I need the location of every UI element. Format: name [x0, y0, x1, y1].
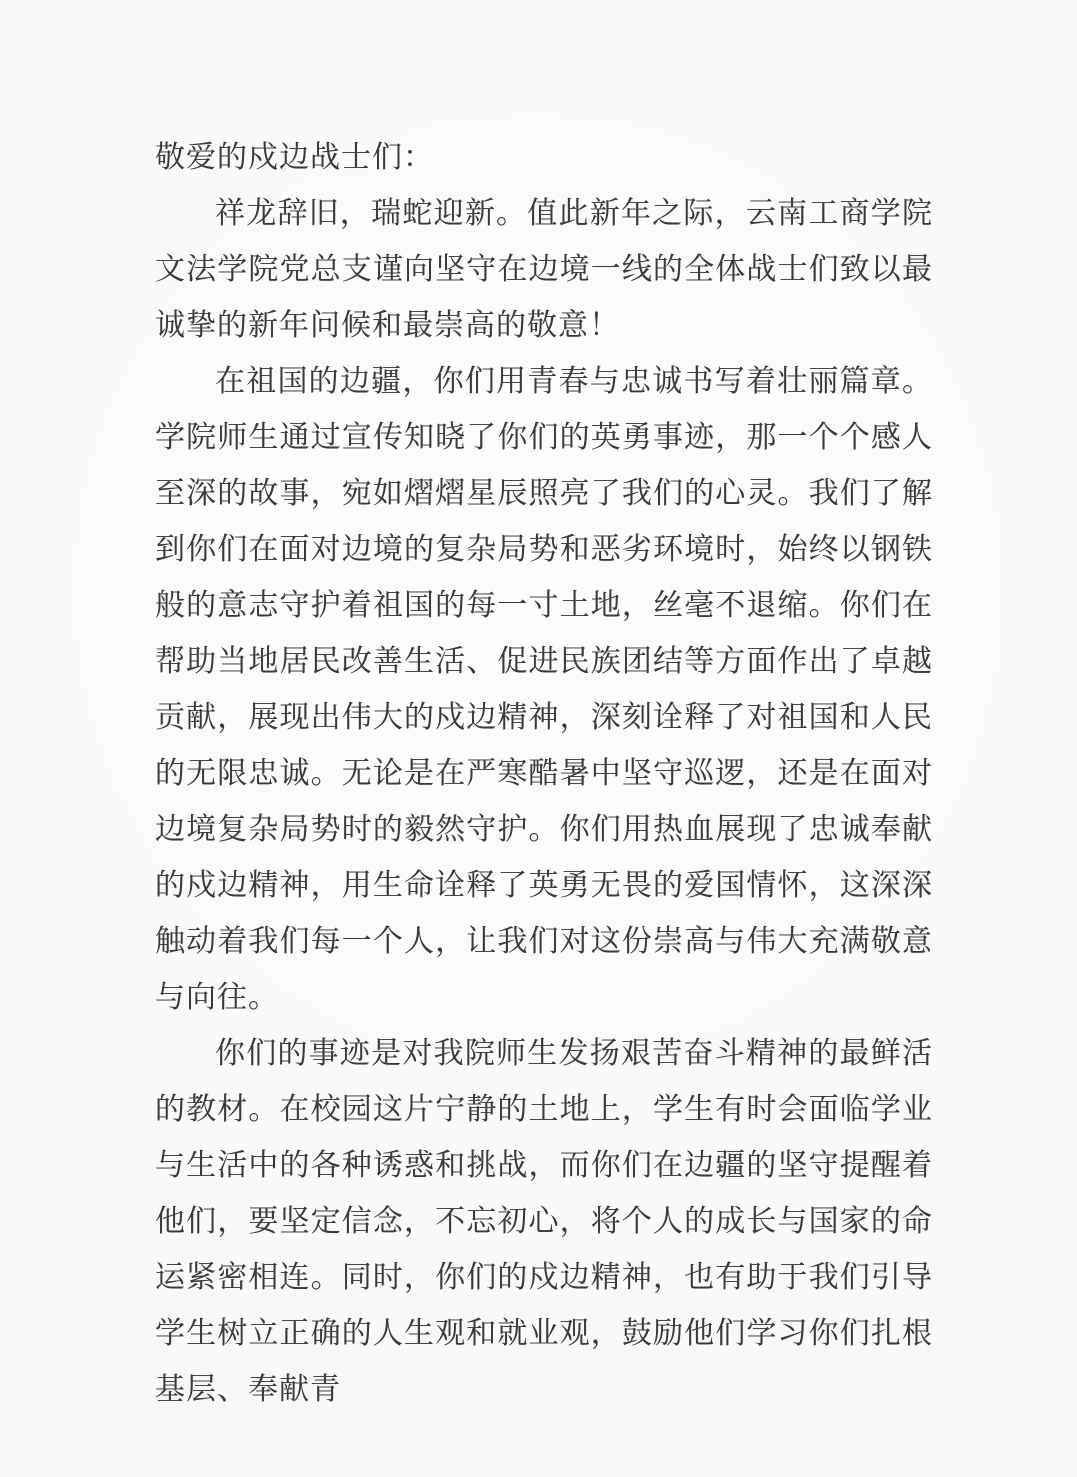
- scanned-letter-page: 敬爱的戍边战士们： 祥龙辞旧，瑞蛇迎新。值此新年之际，云南工商学院文法学院党总支…: [0, 0, 1077, 1477]
- paragraph-greeting: 祥龙辞旧，瑞蛇迎新。值此新年之际，云南工商学院文法学院党总支谨向坚守在边境一线的…: [155, 186, 933, 354]
- letter-salutation: 敬爱的戍边战士们：: [155, 130, 933, 186]
- letter-body: 敬爱的戍边战士们： 祥龙辞旧，瑞蛇迎新。值此新年之际，云南工商学院文法学院党总支…: [155, 130, 933, 1418]
- paragraph-tribute: 在祖国的边疆，你们用青春与忠诚书写着壮丽篇章。学院师生通过宣传知晓了你们的英勇事…: [155, 354, 933, 1026]
- paragraph-inspiration: 你们的事迹是对我院师生发扬艰苦奋斗精神的最鲜活的教材。在校园这片宁静的土地上，学…: [155, 1026, 933, 1418]
